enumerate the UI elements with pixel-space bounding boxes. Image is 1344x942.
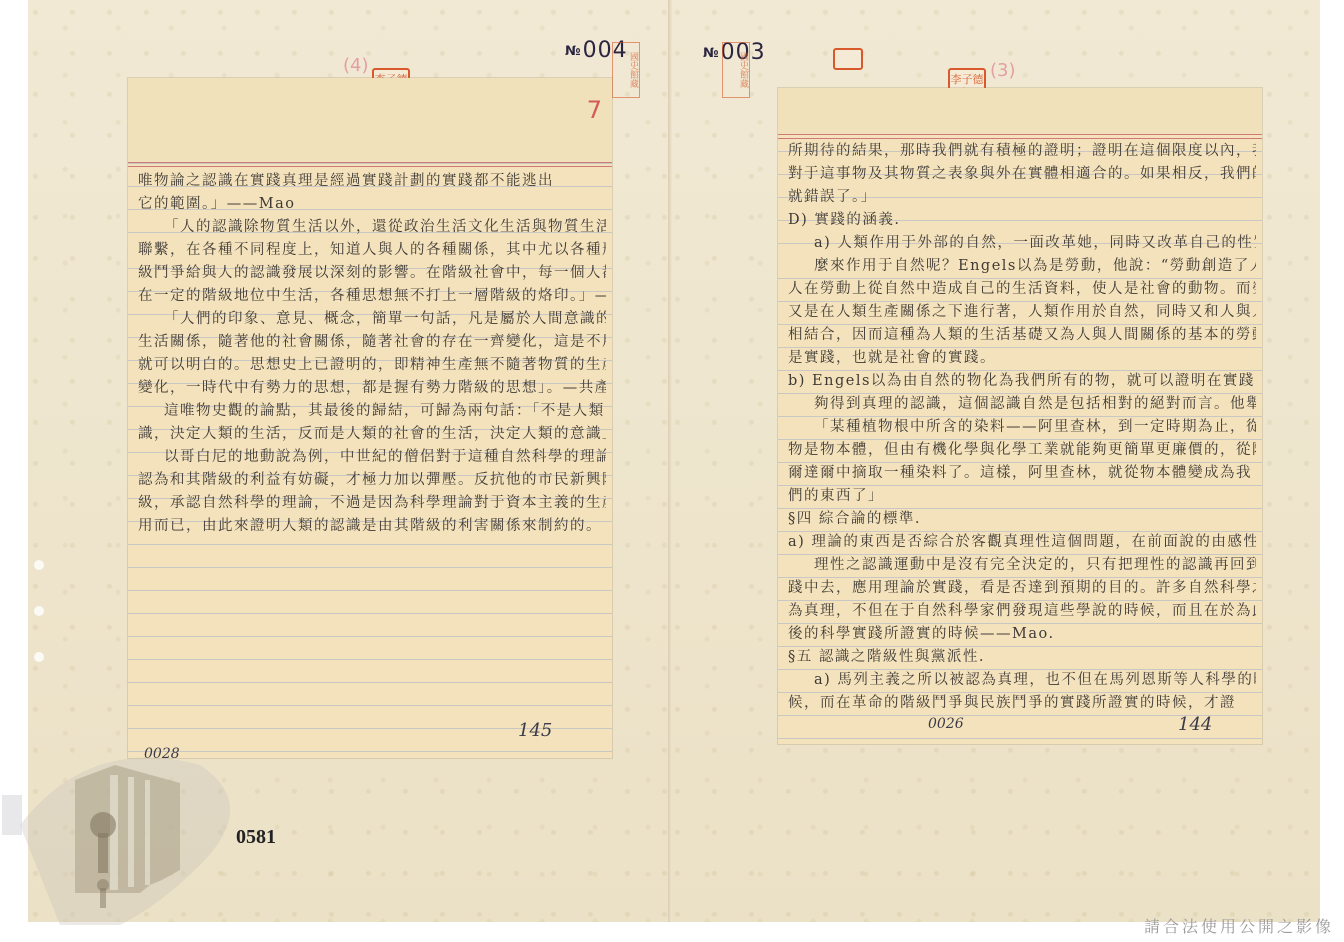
text-line: 識，決定人類的生活，反而是人類的社會的生活，決定人類的意識」 xyxy=(138,423,606,446)
left-red-rule xyxy=(128,162,612,167)
text-line: 爾達爾中摘取一種染料了。這樣，阿里查林，就從物本體變成為我 xyxy=(788,462,1256,485)
text-line: 又是在人類生產關係之下進行著，人類作用於自然，同時又和人與人間的作用 xyxy=(788,301,1256,324)
text-line: 夠得到真理的認識，這個認識自然是包括相對的絕對而言。他舉例說 xyxy=(788,393,1256,416)
right-page-header-band xyxy=(778,88,1262,134)
text-line: 對于這事物及其物質之表象與外在實體相適合的。如果相反，我們的期待 xyxy=(788,163,1256,186)
text-line: 物是物本體，但由有機化學與化學工業就能夠更簡單更廉價的，從阿 xyxy=(788,439,1256,462)
text-line: 級，承認自然科學的理論，不過是因為科學理論對于資本主義的生產有利 xyxy=(138,492,606,515)
copyright-notice: 請合法使用公開之影像 xyxy=(1144,914,1334,937)
text-line: 相結合，因而這種為人類的生活基礎又為人與人間關係的基本的勞動，便 xyxy=(788,324,1256,347)
text-line: 生活關係，隨著他的社會關係，隨著社會的存在一齊變化，這是不用深究 xyxy=(138,331,606,354)
left-page-number: 145 xyxy=(518,720,552,741)
right-red-rule xyxy=(778,134,1262,139)
left-handwritten-text: 唯物論之認識在實踐真理是經過實踐計劃的實踐都不能逃出 它的範圍。」——Mao 「… xyxy=(138,170,606,538)
text-line: a) 理論的東西是否綜合於客觀真理性這個問題，在前面說的由感性到 xyxy=(788,531,1256,554)
text-line: 踐中去，應用理論於實踐，看是否達到預期的目的。許多自然科學之被稱 xyxy=(788,577,1256,600)
text-line: 就可以明白的。思想史上已證明的，即精神生產無不隨著物質的生產而 xyxy=(138,354,606,377)
right-archive-no: 0026 xyxy=(928,716,964,732)
text-line: 它的範圍。」——Mao xyxy=(138,193,606,216)
text-line: 理性之認識運動中是沒有完全決定的，只有把理性的認識再回到社會實 xyxy=(788,554,1256,577)
text-line: 變化，一時代中有勢力的思想，都是握有勢力階級的思想」。—共產宣言 xyxy=(138,377,606,400)
left-pencil-index: (4) xyxy=(343,55,369,76)
text-line: b) Engels以為由自然的物化為我們所有的物，就可以證明在實踐中能 xyxy=(788,370,1256,393)
text-line: 在一定的階級地位中生活，各種思想無不打上一層階級的烙印。」——Mao xyxy=(138,285,606,308)
right-handwritten-text: 所期待的結果，那時我們就有積極的證明；證明在這個限度以內，我們 對于這事物及其物… xyxy=(788,140,1256,715)
text-line: 認為和其階級的利益有妨礙，才極力加以彈壓。反抗他的市民新興階 xyxy=(138,469,606,492)
archive-seal-right: 國史館藏 xyxy=(722,42,750,98)
right-manuscript-page: 所期待的結果，那時我們就有積極的證明；證明在這個限度以內，我們 對于這事物及其物… xyxy=(778,88,1262,744)
text-line: 「人們的印象、意見、概念，簡單一句話，凡是屬於人間意識的，都隨人們的 xyxy=(138,308,606,331)
text-line: a) 馬列主義之所以被認為真理，也不但在馬列恩斯等人科學的時 xyxy=(788,669,1256,692)
binding-holes xyxy=(34,560,48,740)
text-line: 候，而在革命的階級鬥爭與民族鬥爭的實踐所證實的時候，才證 xyxy=(788,692,1256,715)
text-line: 後的科學實踐所證實的時候——Mao. xyxy=(788,623,1256,646)
text-line: 聯繫，在各種不同程度上，知道人與人的各種關係，其中尤以各種形式的階 xyxy=(138,239,606,262)
text-line: 所期待的結果，那時我們就有積極的證明；證明在這個限度以內，我們 xyxy=(788,140,1256,163)
text-line: 人在勞動上從自然中造成自己的生活資料，使人是社會的動物。而勞動 xyxy=(788,278,1256,301)
right-page-number: 144 xyxy=(1178,714,1212,735)
text-line: 唯物論之認識在實踐真理是經過實踐計劃的實踐都不能逃出 xyxy=(138,170,606,193)
text-line: 麼來作用于自然呢？Engels以為是勞動，他說：“勞動創造了人”。他以為 xyxy=(788,255,1256,278)
text-line: 就錯誤了。」 xyxy=(788,186,1256,209)
text-line: 這唯物史觀的論點，其最後的歸結，可歸為兩句話：「不是人類的意 xyxy=(138,400,606,423)
text-line: 以哥白尼的地動說為例，中世紀的僧侶對于這種自然科學的理論 xyxy=(138,446,606,469)
right-pencil-index: (3) xyxy=(990,60,1016,81)
left-manuscript-page: 7 唯物論之認識在實踐真理是經過實踐計劃的實踐都不能逃出 它的範圍。」——Mao… xyxy=(128,78,612,758)
archive-logo-icon xyxy=(0,745,250,935)
text-line: 「某種植物根中所含的染料——阿里查林，到一定時期為止，從植 xyxy=(788,416,1256,439)
book-gutter xyxy=(668,0,672,922)
red-page-mark: 7 xyxy=(587,96,602,124)
text-line: 級鬥爭給與人的認識發展以深刻的影響。在階級社會中，每一個人都 xyxy=(138,262,606,285)
text-line: 們的東西了」 xyxy=(788,485,1256,508)
text-line: D) 實踐的涵義. xyxy=(788,209,1256,232)
text-line: 為真理，不但在于自然科學家們發現這些學說的時候，而且在於為此 xyxy=(788,600,1256,623)
section-heading: §五 認識之階級性與黨派性. xyxy=(788,646,1256,669)
archive-seal-left: 國史館藏 xyxy=(612,42,640,98)
text-line: 用而已，由此來證明人類的認識是由其階級的利害關係來制約的。 xyxy=(138,515,606,538)
text-line: a) 人類作用于外部的自然，一面改革她，同時又改革自己的性質，人類用什 xyxy=(788,232,1256,255)
partial-seal xyxy=(833,48,863,70)
text-line: 「人的認識除物質生活以外，還從政治生活文化生活與物質生活密切 xyxy=(138,216,606,239)
text-line: 是實踐，也就是社會的實踐。 xyxy=(788,347,1256,370)
section-heading: §四 綜合論的標準. xyxy=(788,508,1256,531)
left-page-header-band xyxy=(128,78,612,162)
